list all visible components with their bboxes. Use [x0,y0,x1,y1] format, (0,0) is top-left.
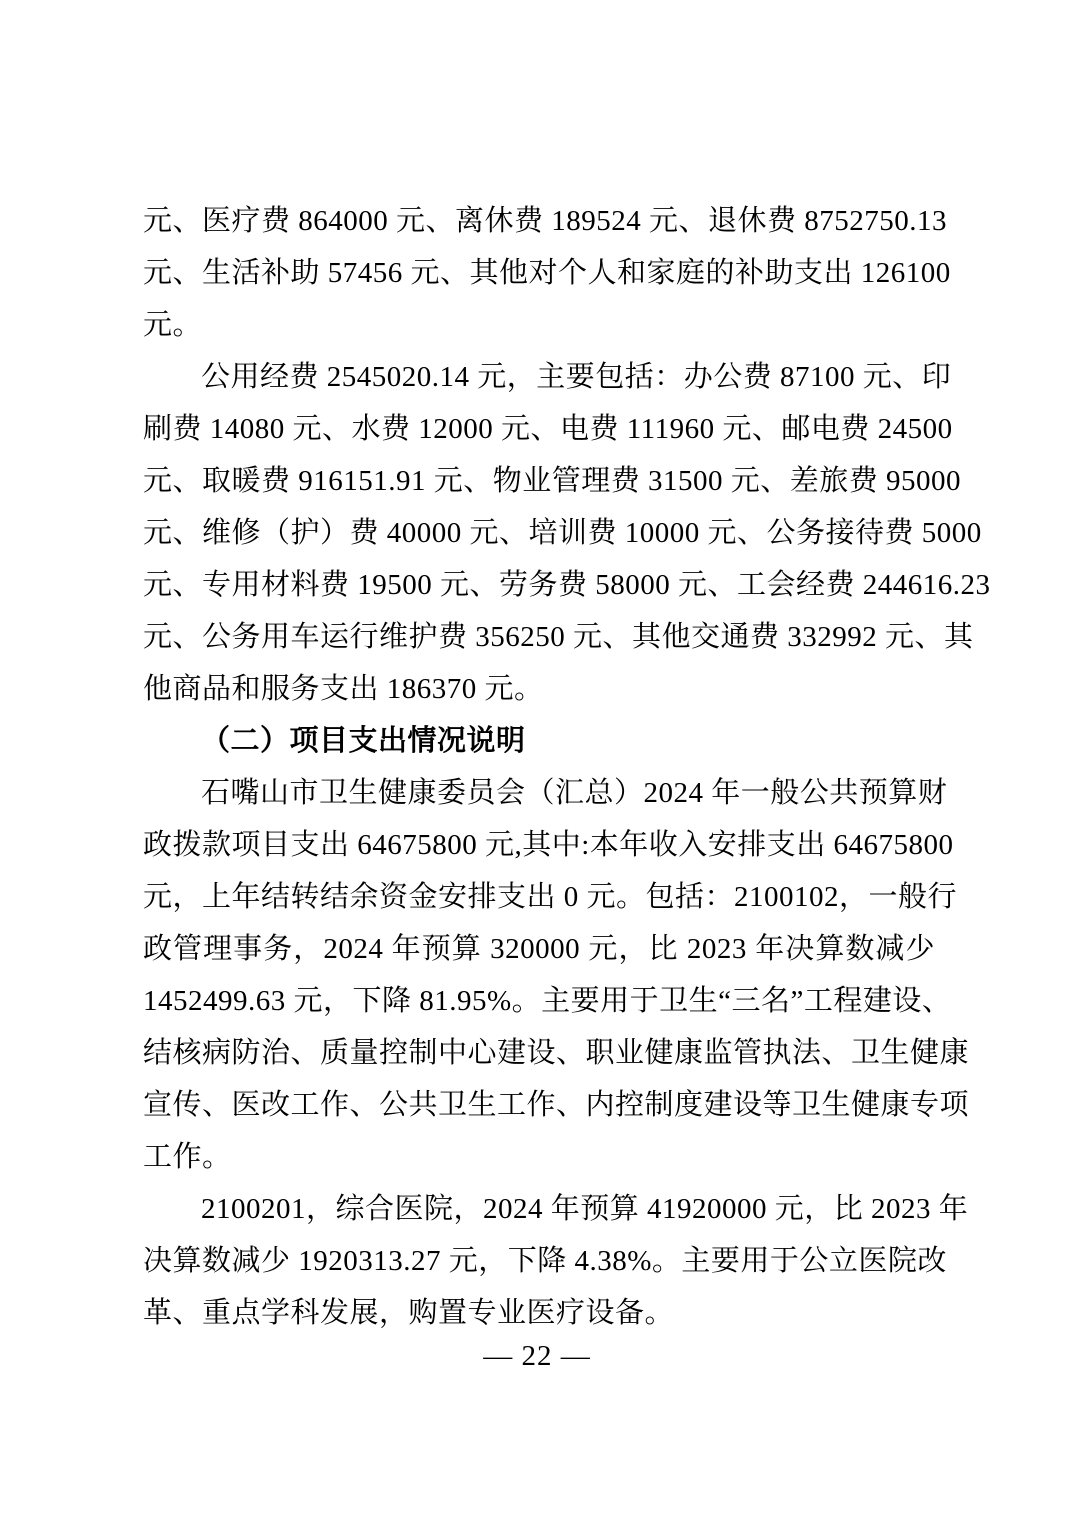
page-number: — 22 — [0,1330,1074,1382]
text-line: 元、专用材料费 19500 元、劳务费 58000 元、工会经费 244616.… [143,559,935,611]
text-line: 刷费 14080 元、水费 12000 元、电费 111960 元、邮电费 24… [143,403,935,455]
text-line: （二）项目支出情况说明 [143,715,935,767]
para-personal-family-subsidies-continued: 元、医疗费 864000 元、离休费 189524 元、退休费 8752750.… [143,195,935,351]
text-line: 元、医疗费 864000 元、离休费 189524 元、退休费 8752750.… [143,195,935,247]
para-project-expenditure-2100102: 石嘴山市卫生健康委员会（汇总）2024 年一般公共预算财政拨款项目支出 6467… [143,767,935,1183]
document-body: 元、医疗费 864000 元、离休费 189524 元、退休费 8752750.… [143,195,935,1339]
text-line: 宣传、医改工作、公共卫生工作、内控制度建设等卫生健康专项 [143,1079,935,1131]
text-line: 公用经费 2545020.14 元，主要包括：办公费 87100 元、印 [143,351,935,403]
text-line: 他商品和服务支出 186370 元。 [143,663,935,715]
text-line: 决算数减少 1920313.27 元，下降 4.38%。主要用于公立医院改 [143,1235,935,1287]
text-line: 结核病防治、质量控制中心建设、职业健康监管执法、卫生健康 [143,1027,935,1079]
text-line: 元、取暖费 916151.91 元、物业管理费 31500 元、差旅费 9500… [143,455,935,507]
text-line: 政管理事务，2024 年预算 320000 元，比 2023 年决算数减少 [143,923,935,975]
para-public-funds: 公用经费 2545020.14 元，主要包括：办公费 87100 元、印刷费 1… [143,351,935,715]
text-line: 元，上年结转结余资金安排支出 0 元。包括：2100102，一般行 [143,871,935,923]
text-line: 元、公务用车运行维护费 356250 元、其他交通费 332992 元、其 [143,611,935,663]
text-line: 元、维修（护）费 40000 元、培训费 10000 元、公务接待费 5000 [143,507,935,559]
text-line: 工作。 [143,1131,935,1183]
para-project-expenditure-2100201: 2100201，综合医院，2024 年预算 41920000 元，比 2023 … [143,1183,935,1339]
text-line: 政拨款项目支出 64675800 元,其中:本年收入安排支出 64675800 [143,819,935,871]
text-line: 元。 [143,299,935,351]
heading-project-expenditure: （二）项目支出情况说明 [143,715,935,767]
document-page: 元、医疗费 864000 元、离休费 189524 元、退休费 8752750.… [0,0,1074,1520]
text-line: 石嘴山市卫生健康委员会（汇总）2024 年一般公共预算财 [143,767,935,819]
text-line: 1452499.63 元，下降 81.95%。主要用于卫生“三名”工程建设、 [143,975,935,1027]
text-line: 2100201，综合医院，2024 年预算 41920000 元，比 2023 … [143,1183,935,1235]
text-line: 元、生活补助 57456 元、其他对个人和家庭的补助支出 126100 [143,247,935,299]
